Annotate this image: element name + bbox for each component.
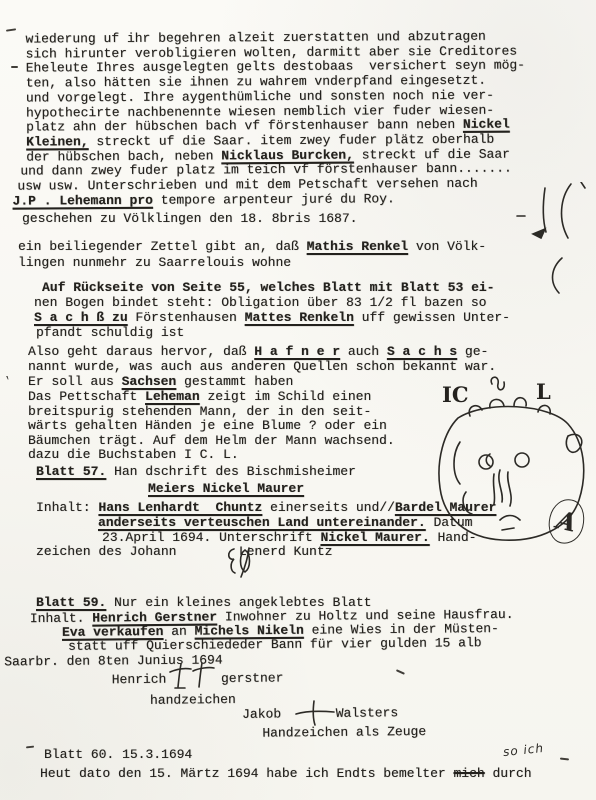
text-line: Blatt 57. Han dschrift des Bischmisheime… <box>36 464 356 481</box>
signature-block: Henrich gerstnerhandzeichenJakob Walster… <box>30 669 427 743</box>
paragraph-wiesen-verpfaendung: wiederung uf ihr begehren alzeit zuersta… <box>25 29 525 208</box>
text-line: pfandt schuldig ist <box>36 325 510 340</box>
text-line: breitspurig stehenden Mann, der in den s… <box>28 405 395 420</box>
text-line: dazu die Buchstaben I C. L. <box>28 448 395 463</box>
text-line: Also geht daraus hervor, daß H a f n e r… <box>28 344 496 359</box>
text-line: Auf Rückseite von Seite 55, welches Blat… <box>42 280 510 295</box>
seal-letter-l: L <box>536 379 551 404</box>
text-line: Saarbr. den 8ten Junius 1694 <box>4 650 514 669</box>
text-line: zeichen des Johann Lenerd Kuntz <box>36 545 496 560</box>
paragraph-blatt-59-inhalt: Inhalt. Henrich Gerstner Inwohner zu Hol… <box>30 608 514 669</box>
text-line: lingen nunmehr zu Saarrelouis wohne <box>18 255 486 271</box>
insertion-dash-mark-icon <box>560 758 569 761</box>
henrich-handmark-icon <box>168 660 216 692</box>
heading-blatt-60: Blatt 60. 15.3.1694 <box>44 747 192 762</box>
paragraph-hafner-sachs: Also geht daraus hervor, daß H a f n e r… <box>28 344 496 390</box>
margin-dash-mark-icon <box>6 28 16 31</box>
text-line: Das Pettschaft Leheman zeigt im Schild e… <box>28 390 395 405</box>
text-line: Inhalt: Hans Lenhardt Chuntz einerseits … <box>36 501 496 516</box>
text-line: Er soll aus Sachsen gestammt haben <box>28 374 496 389</box>
paragraph-zettel-note: ein beiliegender Zettel gibt an, daß Mat… <box>18 239 486 271</box>
text-line: Bäumchen trägt. Auf dem Helm der Mann wa… <box>28 434 395 449</box>
heading-blatt-57: Blatt 57. Han dschrift des Bischmisheime… <box>36 464 356 497</box>
text-line: geschehen zu Völklingen den 18. 8bris 16… <box>22 211 357 226</box>
text-line: nen Bogen bindet steht: Obligation über … <box>34 295 510 310</box>
margin-tick-mark-icon: ‛ <box>4 376 11 388</box>
margin-dash-mark-icon <box>26 746 34 748</box>
handwritten-insertion: so ich <box>502 741 544 759</box>
margin-dash-mark-icon <box>11 66 18 68</box>
text-line: Handzeichen als Zeuge <box>262 724 426 741</box>
text-line: Henrich gerstner <box>112 669 426 687</box>
paragraph-blatt-60-text: Heut dato den 15. Märtz 1694 habe ich En… <box>40 766 532 781</box>
text-line: Meiers Nickel Maurer <box>148 481 356 498</box>
text-line: ein beiliegender Zettel gibt an, daß Mat… <box>18 239 486 255</box>
scanned-document-page: wiederung uf ihr begehren alzeit zuersta… <box>0 0 596 800</box>
jakob-handmark-icon <box>294 699 336 727</box>
seal-letters-ic: IC <box>442 382 469 407</box>
text-line: Blatt 60. 15.3.1694 <box>44 747 192 762</box>
paren-stroke-mark-icon <box>546 256 568 296</box>
paragraph-pettschaft: Das Pettschaft Leheman zeigt im Schild e… <box>28 390 395 463</box>
text-line: S a c h ß zu Förstenhausen Mattes Renkel… <box>34 310 510 325</box>
bracket-strokes-mark-icon <box>515 182 595 244</box>
paragraph-blatt-57-inhalt: Inhalt: Hans Lenhardt Chuntz einerseits … <box>36 501 496 560</box>
text-line: Heut dato den 15. Märtz 1694 habe ich En… <box>40 766 532 781</box>
text-line: wärts gehalten Händen je eine Blume ? od… <box>28 419 395 434</box>
johann-handmark-icon <box>222 544 252 582</box>
text-line: nannt wurde, was auch aus anderen Quelle… <box>28 359 496 374</box>
line-geschehen-voelklingen: geschehen zu Völklingen den 18. 8bris 16… <box>22 211 357 226</box>
text-line: J.P . Lehemann pro tempore arpenteur jur… <box>12 191 525 209</box>
paragraph-rueckseite-note: Auf Rückseite von Seite 55, welches Blat… <box>34 280 510 340</box>
